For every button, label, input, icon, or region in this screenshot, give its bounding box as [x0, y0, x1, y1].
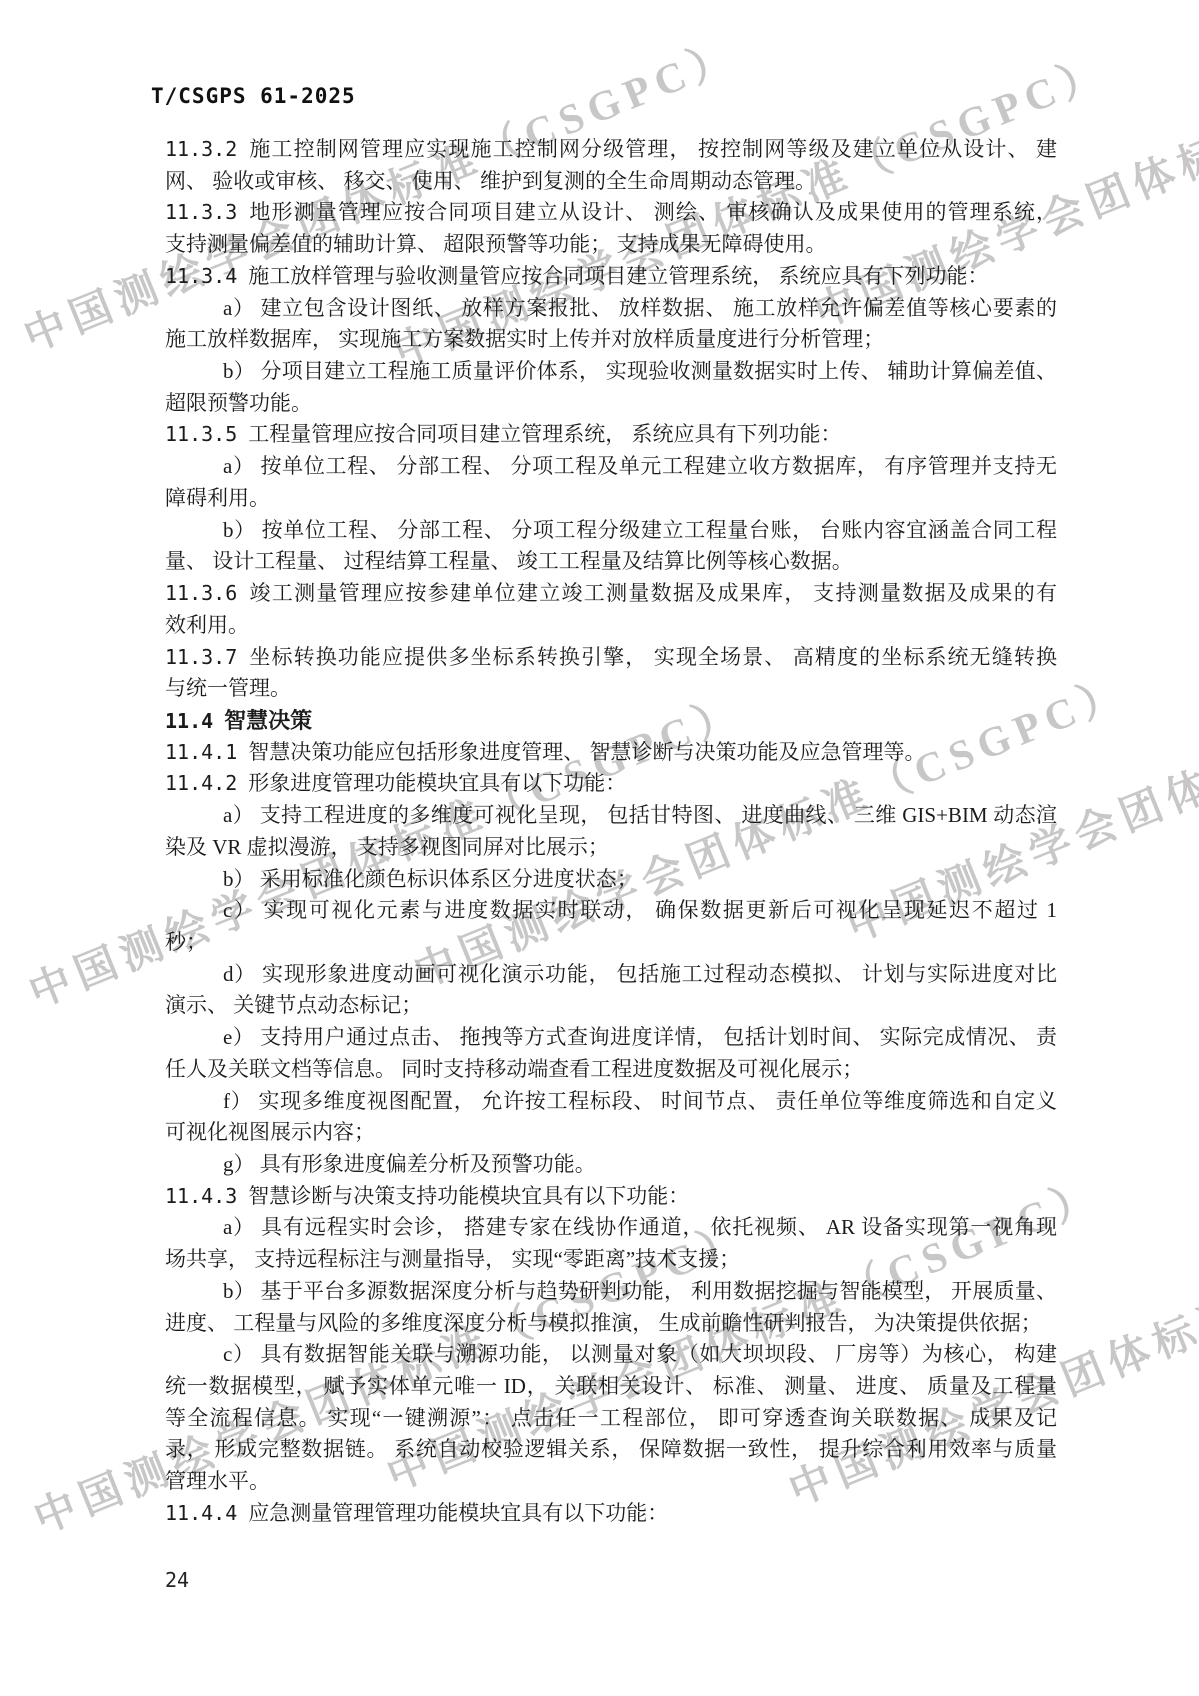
- text-line: a） 建立包含设计图纸、 放样方案报批、 放样数据、 施工放样允许偏差值等核心要…: [165, 293, 1057, 325]
- line-text: g） 具有形象进度偏差分析及预警功能。: [223, 1152, 596, 1176]
- line-text: 演示、 关键节点动态标记；: [165, 993, 422, 1017]
- line-text: f） 实现多维度视图配置， 允许按工程标段、 时间节点、 责任单位等维度筛选和自…: [223, 1089, 1057, 1113]
- text-line: 管理水平。: [165, 1466, 1057, 1498]
- text-line: 支持测量偏差值的辅助计算、 超限预警等功能； 支持成果无障碍使用。: [165, 229, 1057, 261]
- line-text: 等全流程信息。 实现“一键溯源”： 点击任一工程部位， 即可穿透查询关联数据、 …: [165, 1406, 1057, 1430]
- text-line: f） 实现多维度视图配置， 允许按工程标段、 时间节点、 责任单位等维度筛选和自…: [165, 1086, 1057, 1118]
- text-line: 11.4.4应急测量管理管理功能模块宜具有以下功能：: [165, 1498, 1057, 1530]
- text-line: 统一数据模型， 赋予实体单元唯一 ID， 关联相关设计、 标准、 测量、 进度、…: [165, 1371, 1057, 1403]
- text-line: b） 基于平台多源数据深度分析与趋势研判功能， 利用数据挖掘与智能模型， 开展质…: [165, 1276, 1057, 1308]
- line-text: a） 支持工程进度的多维度可视化呈现， 包括甘特图、 进度曲线、 三维 GIS+…: [223, 803, 1057, 827]
- page-number: 24: [165, 1568, 189, 1592]
- line-text: 坐标转换功能应提供多坐标系转换引擎， 实现全场景、 高精度的坐标系统无缝转换: [248, 645, 1057, 669]
- line-text: 智慧诊断与决策支持功能模块宜具有以下功能：: [248, 1184, 689, 1208]
- section-heading-line: 11.4智慧决策: [165, 705, 1057, 737]
- text-line: 超限预警功能。: [165, 388, 1057, 420]
- text-line: 与统一管理。: [165, 673, 1057, 705]
- line-text: 形象进度管理功能模块宜具有以下功能：: [248, 771, 626, 795]
- clause-number: 11.4.4: [165, 1501, 237, 1525]
- line-text: 统一数据模型， 赋予实体单元唯一 ID， 关联相关设计、 标准、 测量、 进度、…: [165, 1374, 1057, 1398]
- text-line: a） 按单位工程、 分部工程、 分项工程及单元工程建立收方数据库， 有序管理并支…: [165, 451, 1057, 483]
- text-line: b） 分项目建立工程施工质量评价体系， 实现验收测量数据实时上传、 辅助计算偏差…: [165, 356, 1057, 388]
- line-text: 工程量管理应按合同项目建立管理系统， 系统应具有下列功能：: [248, 422, 841, 446]
- text-line: 录， 形成完整数据链。 系统自动校验逻辑关系， 保障数据一致性， 提升综合利用效…: [165, 1434, 1057, 1466]
- text-line: 可视化视图展示内容；: [165, 1117, 1057, 1149]
- text-line: 11.4.1智慧决策功能应包括形象进度管理、 智慧诊断与决策功能及应急管理等。: [165, 737, 1057, 769]
- line-text: a） 建立包含设计图纸、 放样方案报批、 放样数据、 施工放样允许偏差值等核心要…: [223, 296, 1057, 320]
- text-line: 11.4.2形象进度管理功能模块宜具有以下功能：: [165, 768, 1057, 800]
- text-line: 场共享， 支持远程标注与测量指导， 实现“零距离”技术支援；: [165, 1244, 1057, 1276]
- clause-number: 11.3.4: [165, 264, 237, 288]
- line-text: 应急测量管理管理功能模块宜具有以下功能：: [248, 1501, 668, 1525]
- text-line: b） 采用标准化颜色标识体系区分进度状态；: [165, 864, 1057, 896]
- clause-number: 11.3.2: [165, 137, 237, 161]
- clause-number: 11.4.1: [165, 740, 237, 764]
- line-text: e） 支持用户通过点击、 拖拽等方式查询进度详情， 包括计划时间、 实际完成情况…: [223, 1025, 1057, 1049]
- line-text: 障碍利用。: [165, 486, 270, 510]
- clause-number: 11.3.7: [165, 645, 237, 669]
- line-text: b） 按单位工程、 分部工程、 分项工程分级建立工程量台账， 台账内容宜涵盖合同…: [223, 518, 1057, 542]
- line-text: 地形测量管理应按合同项目建立从设计、 测绘、 审核确认及成果使用的管理系统，: [248, 200, 1057, 224]
- text-line: b） 按单位工程、 分部工程、 分项工程分级建立工程量台账， 台账内容宜涵盖合同…: [165, 515, 1057, 547]
- line-text: 施工放样管理与验收测量管应按合同项目建立管理系统， 系统应具有下列功能：: [248, 264, 988, 288]
- document-page: 中国测绘学会团体标准（CSGPC）中国测绘学会团体标准（CSGPC）中国测绘学会…: [0, 0, 1199, 1696]
- line-text: b） 分项目建立工程施工质量评价体系， 实现验收测量数据实时上传、 辅助计算偏差…: [223, 359, 1057, 383]
- line-text: 网、 验收或审核、 移交、 使用、 维护到复测的全生命周期动态管理。: [165, 169, 816, 193]
- text-line: 量、 设计工程量、 过程结算工程量、 竣工工程量及结算比例等核心数据。: [165, 546, 1057, 578]
- line-text: b） 采用标准化颜色标识体系区分进度状态；: [223, 867, 638, 891]
- clause-number: 11.4.2: [165, 771, 237, 795]
- line-text: 智慧决策: [224, 708, 312, 733]
- line-text: 支持测量偏差值的辅助计算、 超限预警等功能； 支持成果无障碍使用。: [165, 232, 827, 256]
- line-text: 量、 设计工程量、 过程结算工程量、 竣工工程量及结算比例等核心数据。: [165, 549, 853, 573]
- text-line: 进度、 工程量与风险的多维度深度分析与模拟推演， 生成前瞻性研判报告， 为决策提…: [165, 1308, 1057, 1340]
- text-line: 11.3.7坐标转换功能应提供多坐标系转换引擎， 实现全场景、 高精度的坐标系统…: [165, 642, 1057, 674]
- document-body: 11.3.2施工控制网管理应实现施工控制网分级管理， 按控制网等级及建立单位从设…: [165, 134, 1057, 1530]
- line-text: c） 具有数据智能关联与溯源功能， 以测量对象（如大坝坝段、 厂房等）为核心， …: [223, 1342, 1057, 1366]
- text-line: 染及 VR 虚拟漫游， 支持多视图同屏对比展示；: [165, 832, 1057, 864]
- text-line: d） 实现形象进度动画可视化演示功能， 包括施工过程动态模拟、 计划与实际进度对…: [165, 959, 1057, 991]
- text-line: 施工放样数据库， 实现施工方案数据实时上传并对放样质量度进行分析管理；: [165, 324, 1057, 356]
- line-text: 录， 形成完整数据链。 系统自动校验逻辑关系， 保障数据一致性， 提升综合利用效…: [165, 1437, 1057, 1461]
- clause-number: 11.3.5: [165, 422, 237, 446]
- text-line: a） 支持工程进度的多维度可视化呈现， 包括甘特图、 进度曲线、 三维 GIS+…: [165, 800, 1057, 832]
- clause-number: 11.3.6: [165, 581, 237, 605]
- line-text: a） 具有远程实时会诊， 搭建专家在线协作通道， 依托视频、 AR 设备实现第一…: [223, 1215, 1057, 1239]
- line-text: 染及 VR 虚拟漫游， 支持多视图同屏对比展示；: [165, 835, 609, 859]
- clause-number: 11.3.3: [165, 200, 237, 224]
- text-line: 演示、 关键节点动态标记；: [165, 990, 1057, 1022]
- line-text: 效利用。: [165, 613, 249, 637]
- text-line: 11.3.3地形测量管理应按合同项目建立从设计、 测绘、 审核确认及成果使用的管…: [165, 197, 1057, 229]
- text-line: 11.4.3智慧诊断与决策支持功能模块宜具有以下功能：: [165, 1181, 1057, 1213]
- line-text: 施工放样数据库， 实现施工方案数据实时上传并对放样质量度进行分析管理；: [165, 327, 884, 351]
- line-text: 管理水平。: [165, 1469, 270, 1493]
- line-text: c） 实现可视化元素与进度数据实时联动， 确保数据更新后可视化呈现延迟不超过 1: [223, 898, 1057, 922]
- line-text: 可视化视图展示内容；: [165, 1120, 375, 1144]
- text-line: 障碍利用。: [165, 483, 1057, 515]
- clause-number: 11.4.3: [165, 1184, 237, 1208]
- text-line: e） 支持用户通过点击、 拖拽等方式查询进度详情， 包括计划时间、 实际完成情况…: [165, 1022, 1057, 1054]
- text-line: 11.3.5工程量管理应按合同项目建立管理系统， 系统应具有下列功能：: [165, 419, 1057, 451]
- text-line: 11.3.6竣工测量管理应按参建单位建立竣工测量数据及成果库， 支持测量数据及成…: [165, 578, 1057, 610]
- line-text: 任人及关联文档等信息。 同时支持移动端查看工程进度数据及可视化展示；: [165, 1057, 863, 1081]
- text-line: a） 具有远程实时会诊， 搭建专家在线协作通道， 依托视频、 AR 设备实现第一…: [165, 1212, 1057, 1244]
- text-line: g） 具有形象进度偏差分析及预警功能。: [165, 1149, 1057, 1181]
- line-text: 智慧决策功能应包括形象进度管理、 智慧诊断与决策功能及应急管理等。: [248, 740, 925, 764]
- text-line: 任人及关联文档等信息。 同时支持移动端查看工程进度数据及可视化展示；: [165, 1054, 1057, 1086]
- text-line: 效利用。: [165, 610, 1057, 642]
- text-line: 等全流程信息。 实现“一键溯源”： 点击任一工程部位， 即可穿透查询关联数据、 …: [165, 1403, 1057, 1435]
- line-text: 进度、 工程量与风险的多维度深度分析与模拟推演， 生成前瞻性研判报告， 为决策提…: [165, 1311, 1042, 1335]
- text-line: 秒；: [165, 927, 1057, 959]
- line-text: 施工控制网管理应实现施工控制网分级管理， 按控制网等级及建立单位从设计、 建: [248, 137, 1057, 161]
- line-text: 超限预警功能。: [165, 391, 312, 415]
- line-text: 场共享， 支持远程标注与测量指导， 实现“零距离”技术支援；: [165, 1247, 740, 1271]
- text-line: c） 具有数据智能关联与溯源功能， 以测量对象（如大坝坝段、 厂房等）为核心， …: [165, 1339, 1057, 1371]
- text-line: c） 实现可视化元素与进度数据实时联动， 确保数据更新后可视化呈现延迟不超过 1: [165, 895, 1057, 927]
- line-text: 与统一管理。: [165, 676, 291, 700]
- text-line: 11.3.2施工控制网管理应实现施工控制网分级管理， 按控制网等级及建立单位从设…: [165, 134, 1057, 166]
- line-text: d） 实现形象进度动画可视化演示功能， 包括施工过程动态模拟、 计划与实际进度对…: [223, 962, 1057, 986]
- text-line: 11.3.4施工放样管理与验收测量管应按合同项目建立管理系统， 系统应具有下列功…: [165, 261, 1057, 293]
- line-text: 秒；: [165, 930, 207, 954]
- line-text: b） 基于平台多源数据深度分析与趋势研判功能， 利用数据挖掘与智能模型， 开展质…: [223, 1279, 1057, 1303]
- line-text: 竣工测量管理应按参建单位建立竣工测量数据及成果库， 支持测量数据及成果的有: [248, 581, 1057, 605]
- clause-number: 11.4: [165, 709, 213, 733]
- line-text: a） 按单位工程、 分部工程、 分项工程及单元工程建立收方数据库， 有序管理并支…: [223, 454, 1057, 478]
- doc-code-header: T/CSGPS 61-2025: [151, 84, 356, 108]
- text-line: 网、 验收或审核、 移交、 使用、 维护到复测的全生命周期动态管理。: [165, 166, 1057, 198]
